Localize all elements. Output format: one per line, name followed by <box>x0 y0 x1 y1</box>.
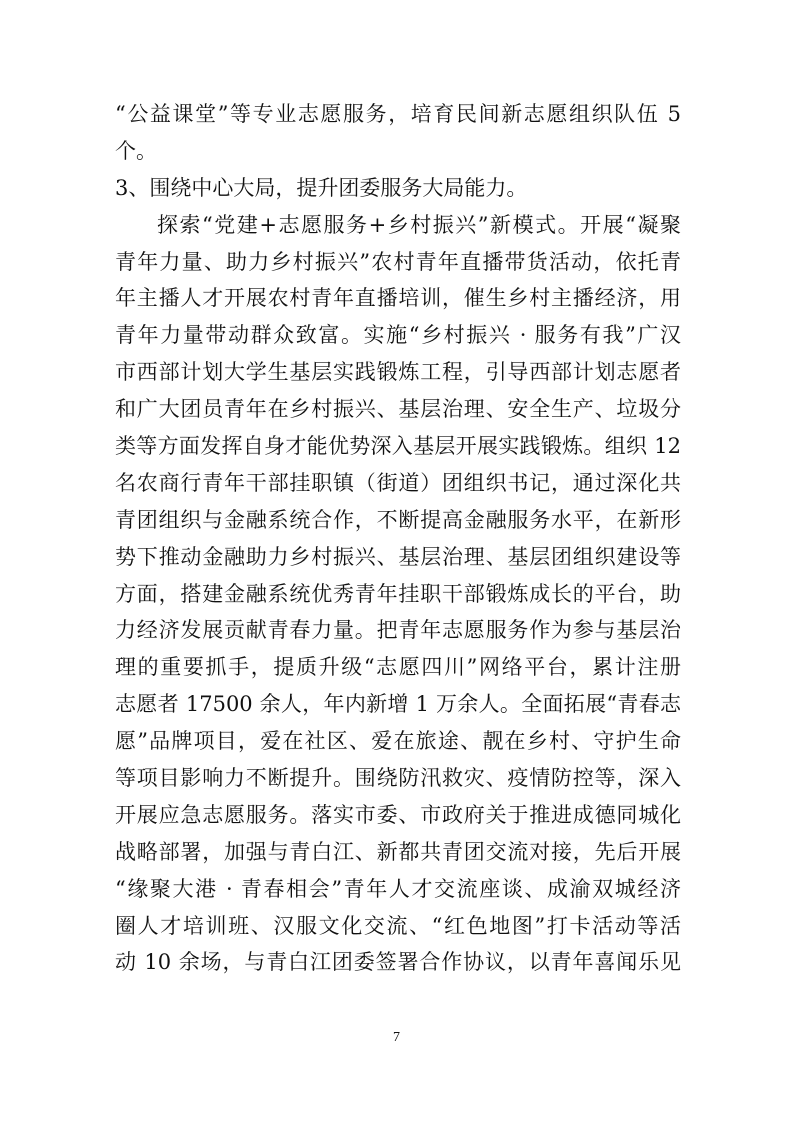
text-line: 个。 <box>115 133 681 170</box>
text-line: 青年力量带动群众致富。实施“乡村振兴 · 服务有我”广汉 <box>115 317 681 354</box>
text-line: 青团组织与金融系统合作，不断提高金融服务水平，在新形 <box>115 502 681 539</box>
text-line: 名农商行青年干部挂职镇（街道）团组织书记，通过深化共 <box>115 465 681 502</box>
text-line: 市西部计划大学生基层实践锻炼工程，引导西部计划志愿者 <box>115 354 681 391</box>
text-line: 青年力量、助力乡村振兴”农村青年直播带货活动，依托青 <box>115 244 681 281</box>
page-number: 7 <box>0 1030 793 1046</box>
section-heading: 3、围绕中心大局，提升团委服务大局能力。 <box>115 170 681 207</box>
text-line: 等项目影响力不断提升。围绕防汛救灾、疫情防控等，深入 <box>115 760 681 797</box>
text-line: 探索“党建+志愿服务+乡村振兴”新模式。开展“凝聚 <box>115 207 681 244</box>
text-line: 愿”品牌项目，爱在社区、爱在旅途、靓在乡村、守护生命 <box>115 723 681 760</box>
document-body: “公益课堂”等专业志愿服务，培育民间新志愿组织队伍 5个。3、围绕中心大局，提升… <box>115 96 681 981</box>
text-line: 战略部署，加强与青白江、新都共青团交流对接，先后开展 <box>115 834 681 871</box>
document-page: “公益课堂”等专业志愿服务，培育民间新志愿组织队伍 5个。3、围绕中心大局，提升… <box>0 0 793 1122</box>
text-line: “公益课堂”等专业志愿服务，培育民间新志愿组织队伍 5 <box>115 96 681 133</box>
text-line: 类等方面发挥自身才能优势深入基层开展实践锻炼。组织 12 <box>115 428 681 465</box>
text-line: 动 10 余场，与青白江团委签署合作协议，以青年喜闻乐见 <box>115 944 681 981</box>
text-line: 志愿者 17500 余人，年内新增 1 万余人。全面拓展“青春志 <box>115 686 681 723</box>
text-line: 和广大团员青年在乡村振兴、基层治理、安全生产、垃圾分 <box>115 391 681 428</box>
text-line: “缘聚大港 · 青春相会”青年人才交流座谈、成渝双城经济 <box>115 871 681 908</box>
text-line: 圈人才培训班、汉服文化交流、“红色地图”打卡活动等活 <box>115 908 681 945</box>
text-line: 年主播人才开展农村青年直播培训，催生乡村主播经济，用 <box>115 280 681 317</box>
text-line: 势下推动金融助力乡村振兴、基层治理、基层团组织建设等 <box>115 539 681 576</box>
text-line: 理的重要抓手，提质升级“志愿四川”网络平台，累计注册 <box>115 649 681 686</box>
text-line: 方面，搭建金融系统优秀青年挂职干部锻炼成长的平台，助 <box>115 576 681 613</box>
text-line: 力经济发展贡献青春力量。把青年志愿服务作为参与基层治 <box>115 612 681 649</box>
text-line: 开展应急志愿服务。落实市委、市政府关于推进成德同城化 <box>115 797 681 834</box>
